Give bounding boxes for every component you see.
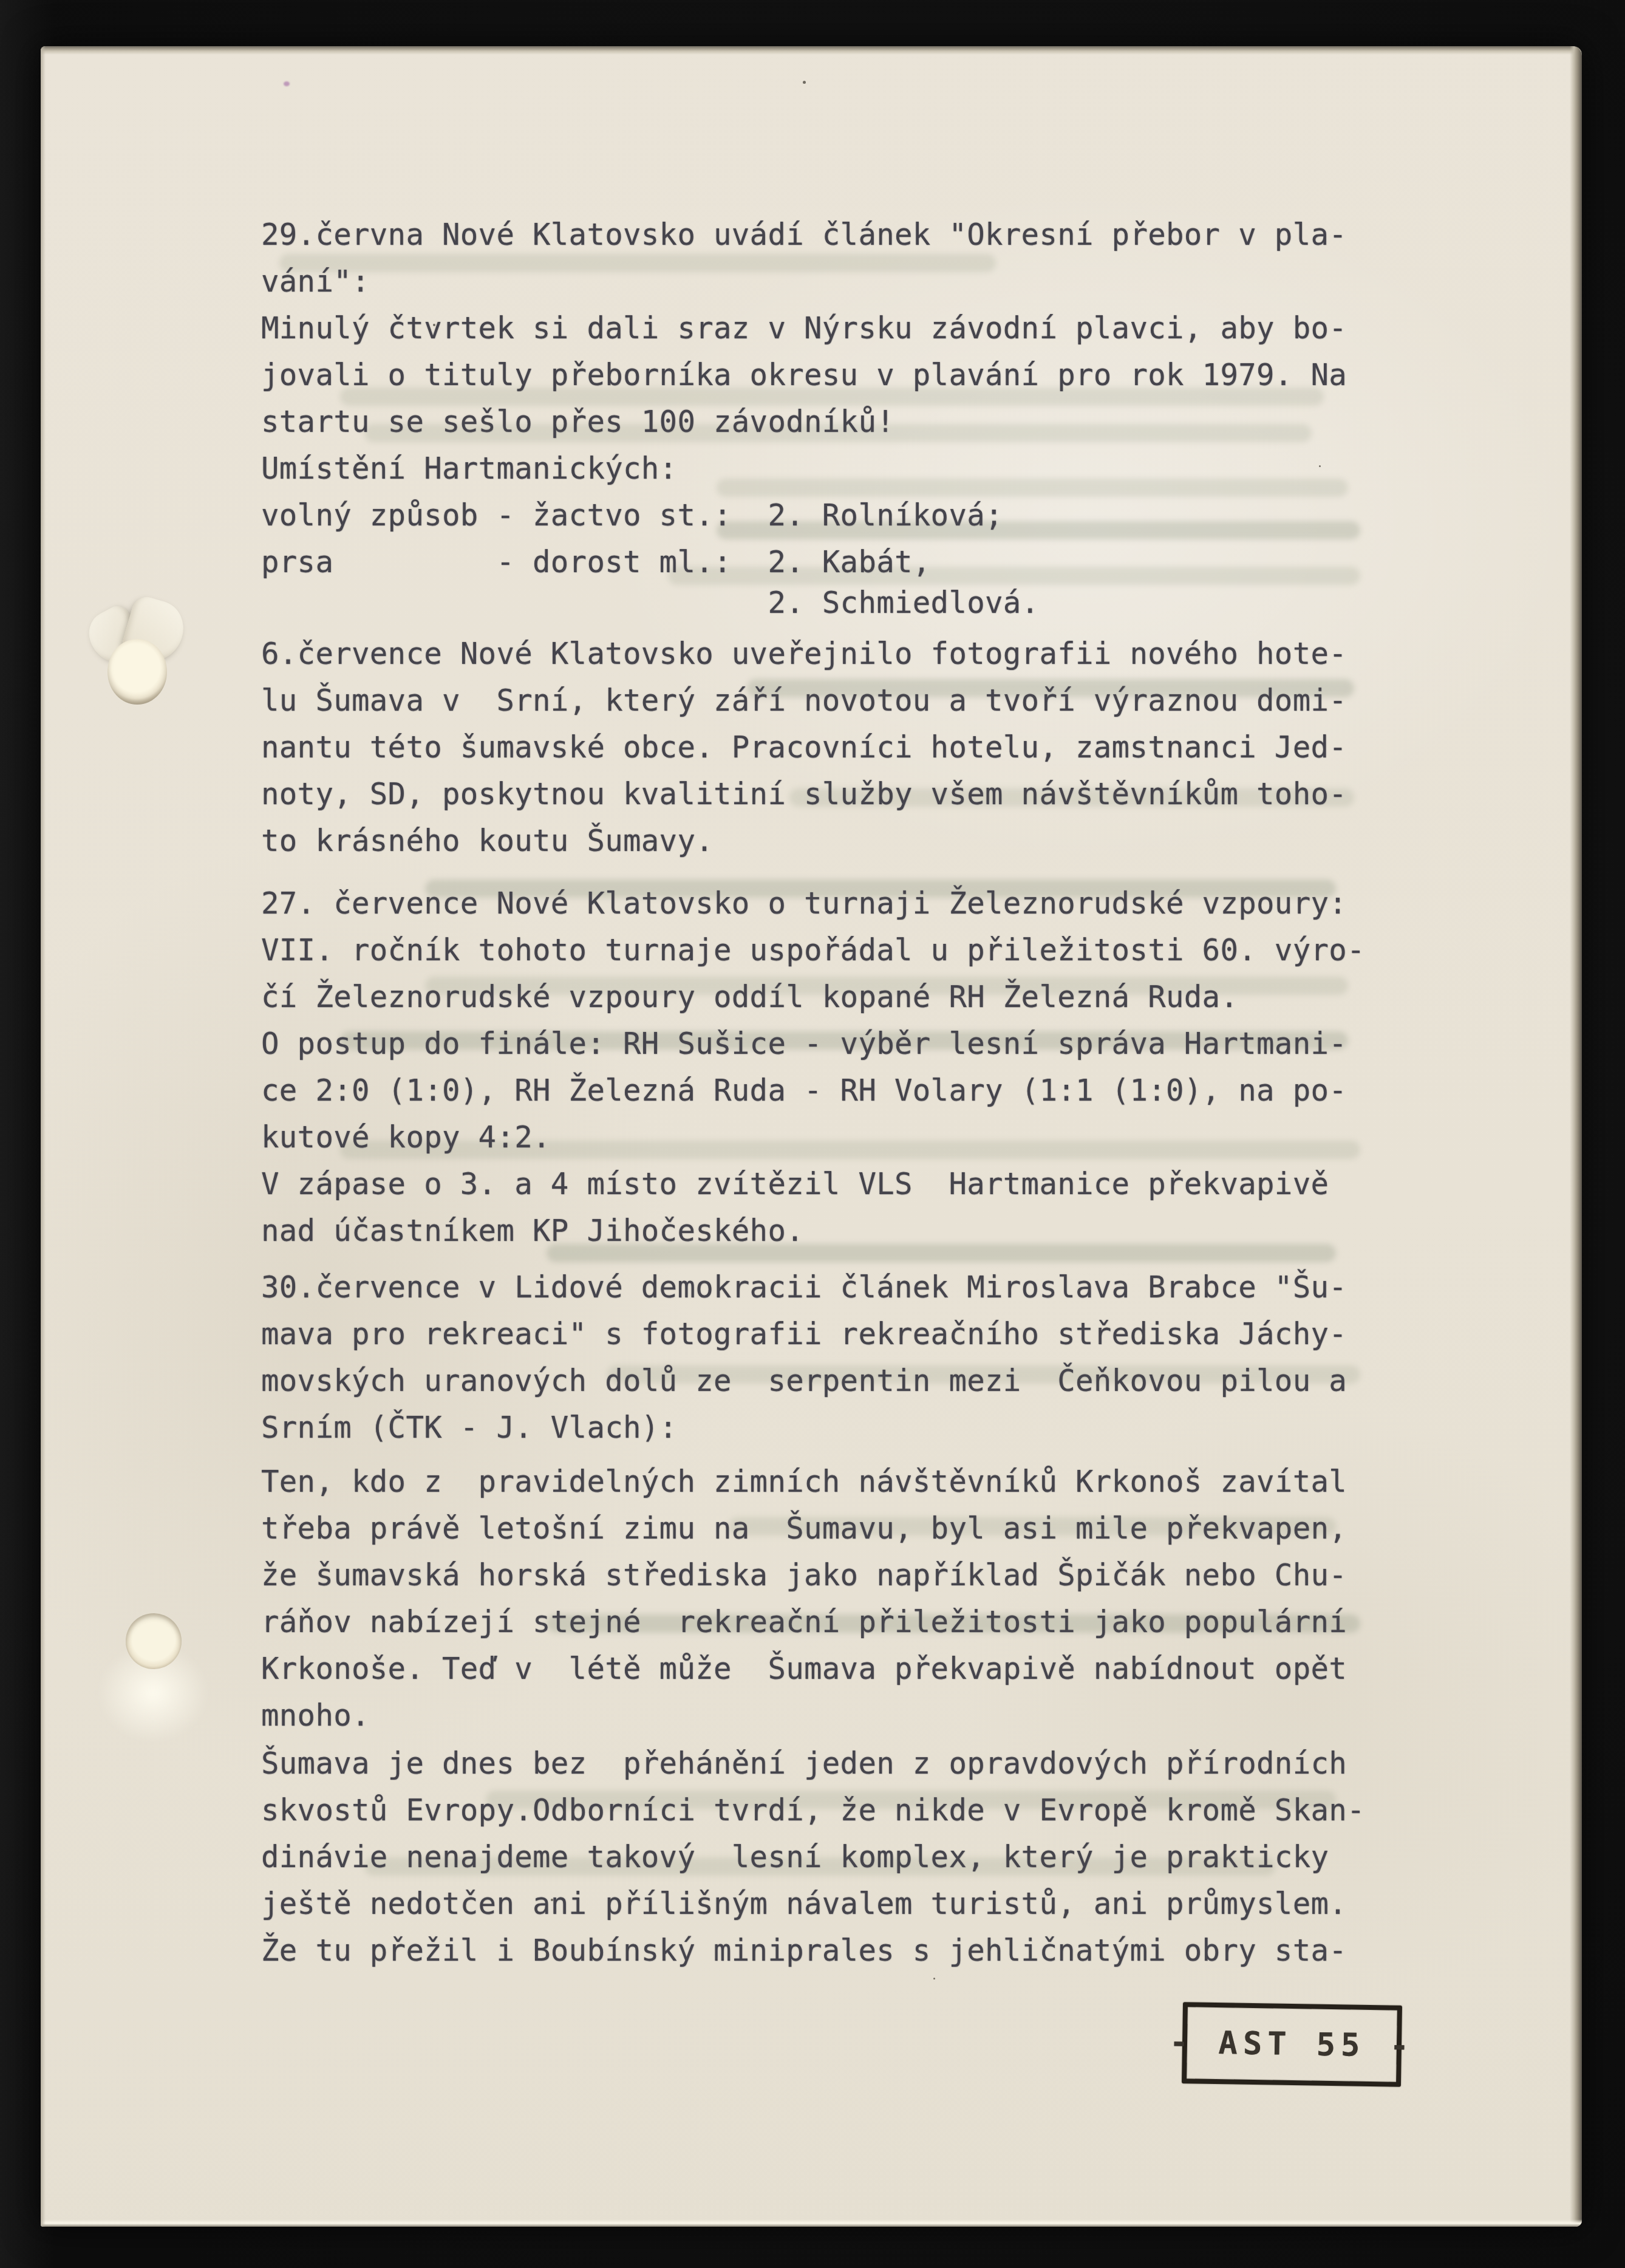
scanner-background: 29.června Nové Klatovsko uvádí článek "O… — [0, 0, 1625, 2268]
text-line: to krásného koutu Šumavy. — [261, 818, 1415, 864]
text-line: ce 2:0 (1:0), RH Železná Ruda - RH Volar… — [261, 1067, 1415, 1114]
text-line: lu Šumava v Srní, který září novotou a t… — [261, 677, 1415, 724]
text-line: nantu této šumavské obce. Pracovníci hot… — [261, 724, 1415, 771]
paragraph: 29.června Nové Klatovsko uvádí článek "O… — [261, 211, 1415, 621]
text-line: Že tu přežil i Boubínský miniprales s je… — [261, 1927, 1415, 1974]
dust-speck — [1319, 465, 1321, 467]
text-line: 29.června Nové Klatovsko uvádí článek "O… — [261, 211, 1415, 258]
text-line: mava pro rekreaci" s fotografii rekreačn… — [261, 1311, 1415, 1358]
archive-stamp: - AST 55 - — [1182, 2002, 1402, 2087]
page-edge-left — [41, 46, 46, 2227]
text-line: Umístění Hartmanických: — [261, 445, 1415, 492]
text-line: Minulý čtvrtek si dali sraz v Nýrsku záv… — [261, 305, 1415, 352]
punch-hole-circle — [107, 639, 167, 705]
text-line: dinávie nenajdeme takový lesní komplex, … — [261, 1834, 1415, 1880]
text-line: volný způsob - žactvo st.: 2. Rolníková; — [261, 492, 1415, 539]
text-line: Krkonoše. Teď v létě může Šumava překvap… — [261, 1645, 1415, 1692]
text-line: třeba právě letošní zimu na Šumavu, byl … — [261, 1505, 1415, 1552]
text-line: movských uranových dolů ze serpentin mez… — [261, 1358, 1415, 1404]
paragraph: 6.července Nové Klatovsko uveřejnilo fot… — [261, 630, 1415, 864]
text-line: O postup do finále: RH Sušice - výběr le… — [261, 1020, 1415, 1067]
page-edge-top — [41, 46, 1582, 55]
text-line: vání": — [261, 258, 1415, 305]
punch-hole-bottom — [99, 1599, 220, 1732]
dust-speck — [803, 81, 806, 84]
text-line: ještě nedotčen ani přílišným návalem tur… — [261, 1880, 1415, 1927]
text-line: startu se sešlo přes 100 závodníků! — [261, 398, 1415, 445]
text-line: čí Železnorudské vzpoury oddíl kopané RH… — [261, 974, 1415, 1020]
paragraph: 27. července Nové Klatovsko o turnaji Že… — [261, 880, 1415, 1254]
text-line: 6.července Nové Klatovsko uveřejnilo fot… — [261, 630, 1415, 677]
punch-hole-top — [89, 587, 186, 708]
dust-speck — [551, 1899, 553, 1901]
text-line: skvostů Evropy.Odborníci tvrdí, že nikde… — [261, 1787, 1415, 1834]
text-line: 30.července v Lidové demokracii článek M… — [261, 1264, 1415, 1311]
text-line: ráňov nabízejí stejné rekreační přiležit… — [261, 1599, 1415, 1645]
document-page: 29.června Nové Klatovsko uvádí článek "O… — [41, 46, 1582, 2227]
text-line: Ten, kdo z pravidelných zimních návštěvn… — [261, 1458, 1415, 1505]
text-line: kutové kopy 4:2. — [261, 1114, 1415, 1161]
typewritten-text: 29.června Nové Klatovsko uvádí článek "O… — [261, 211, 1415, 1974]
text-line: Šumava je dnes bez přehánění jeden z opr… — [261, 1740, 1415, 1787]
text-line: že šumavská horská střediska jako napřík… — [261, 1552, 1415, 1599]
punch-hole-circle — [126, 1613, 182, 1669]
text-line: VII. ročník tohoto turnaje uspořádal u p… — [261, 927, 1415, 974]
text-line: nad účastníkem KP Jihočeského. — [261, 1207, 1415, 1254]
dust-speck — [433, 324, 435, 326]
page-edge-right — [1570, 46, 1582, 2227]
text-line: jovali o tituly přeborníka okresu v plav… — [261, 352, 1415, 398]
dust-speck — [933, 1978, 935, 1979]
paragraph: 30.července v Lidové demokracii článek M… — [261, 1264, 1415, 1451]
page-edge-bottom — [41, 2219, 1582, 2227]
text-line: 2. Schmiedlová. — [261, 586, 1415, 621]
text-line: prsa - dorost ml.: 2. Kabát, — [261, 539, 1415, 586]
text-line: mnoho. — [261, 1692, 1415, 1739]
text-line: V zápase o 3. a 4 místo zvítězil VLS Har… — [261, 1161, 1415, 1207]
paragraph: Šumava je dnes bez přehánění jeden z opr… — [261, 1740, 1415, 1974]
text-line: 27. července Nové Klatovsko o turnaji Že… — [261, 880, 1415, 927]
text-line: noty, SD, poskytnou kvalitiní služby vše… — [261, 771, 1415, 818]
paragraph: Ten, kdo z pravidelných zimních návštěvn… — [261, 1458, 1415, 1739]
archive-stamp-label: - AST 55 - — [1170, 2024, 1415, 2065]
text-line: Srním (ČTK - J. Vlach): — [261, 1404, 1415, 1451]
ink-speck — [284, 81, 290, 86]
